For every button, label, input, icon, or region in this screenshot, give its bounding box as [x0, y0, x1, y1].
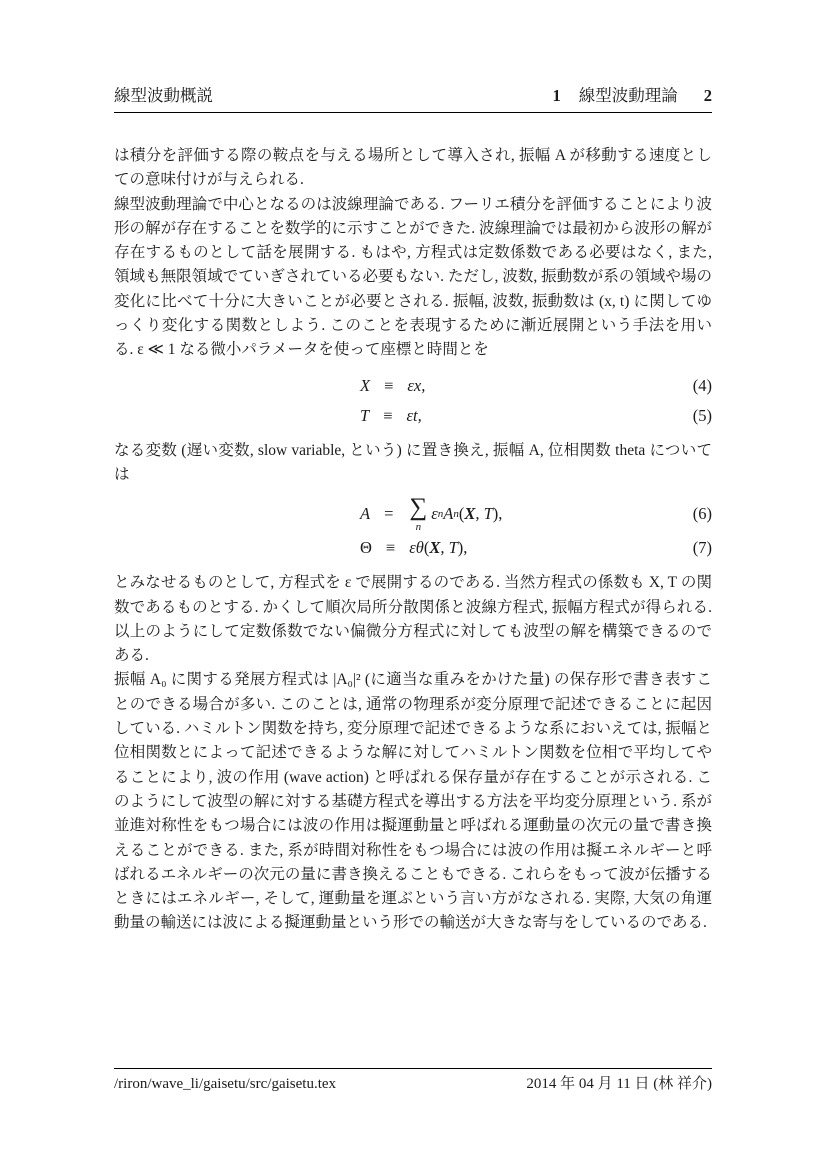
equation-lhs: A: [360, 499, 370, 529]
equation-relation: =: [384, 499, 393, 529]
paragraph-4: とみなせるものとして, 方程式を ε で展開するのである. 当然方程式の係数も …: [114, 571, 712, 668]
second-argument: , T: [440, 533, 457, 563]
page-header: 線型波動概説 1 線型波動理論 2: [114, 86, 712, 106]
doc-title: 線型波動概説: [114, 86, 213, 106]
footer-file-path: /riron/wave_li/gaisetu/src/gaisetu.tex: [114, 1073, 336, 1095]
vector-argument: X: [464, 499, 475, 529]
equation-group-2: A = ∑ n εnAn(X, T), (6) Θ ≡ εθ(X, T), (7…: [114, 495, 712, 563]
paragraph-1: は積分を評価する際の鞍点を与える場所として導入され, 振幅 A が移動する速度と…: [114, 144, 712, 193]
paragraph-2: 線型波動理論で中心となるのは波線理論である. フーリエ積分を評価することにより波…: [114, 193, 712, 363]
equation-lhs: T: [360, 401, 369, 431]
footer-rule: [114, 1068, 712, 1069]
section-number: 1: [553, 86, 561, 106]
equation-4: X ≡ εx, (4): [114, 371, 712, 401]
sigma-glyph: ∑: [409, 495, 427, 520]
vector-argument: X: [429, 533, 440, 563]
summation-symbol: ∑ n: [409, 495, 427, 533]
equation-7: Θ ≡ εθ(X, T), (7): [114, 533, 712, 563]
second-argument: , T: [475, 499, 492, 529]
page-footer: /riron/wave_li/gaisetu/src/gaisetu.tex 2…: [114, 1073, 712, 1095]
document-body: は積分を評価する際の鞍点を与える場所として導入され, 振幅 A が移動する速度と…: [114, 144, 712, 936]
paren-close: ),: [493, 499, 503, 529]
equation-tag: (7): [693, 533, 712, 563]
equation-group-1: X ≡ εx, (4) T ≡ εt, (5): [114, 371, 712, 431]
equation-tag: (5): [693, 401, 712, 431]
equation-tag: (6): [693, 499, 712, 529]
equation-relation: ≡: [386, 533, 395, 563]
paragraph-5: 振幅 A₀ に関する発展方程式は |A₀|² (に適当な重みをかけた量) の保存…: [114, 668, 712, 935]
footer-date: 2014 年 04 月 11 日 (林 祥介): [526, 1073, 712, 1095]
equation-lhs: X: [360, 371, 370, 401]
equation-coefficient: εθ: [409, 533, 424, 563]
header-rule: [114, 112, 712, 113]
paren-close: ),: [458, 533, 468, 563]
paragraph-3: なる変数 (遅い変数, slow variable, という) に置き換え, 振…: [114, 439, 712, 488]
equation-rhs: εt,: [407, 401, 422, 431]
equation-lhs: Θ: [360, 533, 372, 563]
equation-tag: (4): [693, 371, 712, 401]
equation-6: A = ∑ n εnAn(X, T), (6): [114, 495, 712, 533]
amplitude-symbol: A: [443, 499, 453, 529]
equation-relation: ≡: [383, 401, 392, 431]
equation-relation: ≡: [384, 371, 393, 401]
document-page: 線型波動概説 1 線型波動理論 2 は積分を評価する際の鞍点を与える場所として導…: [0, 0, 826, 1169]
equation-5: T ≡ εt, (5): [114, 401, 712, 431]
summation-index: n: [416, 522, 422, 533]
section-title: 線型波動理論: [579, 86, 678, 106]
page-number: 2: [704, 86, 712, 106]
equation-rhs: εx,: [407, 371, 425, 401]
